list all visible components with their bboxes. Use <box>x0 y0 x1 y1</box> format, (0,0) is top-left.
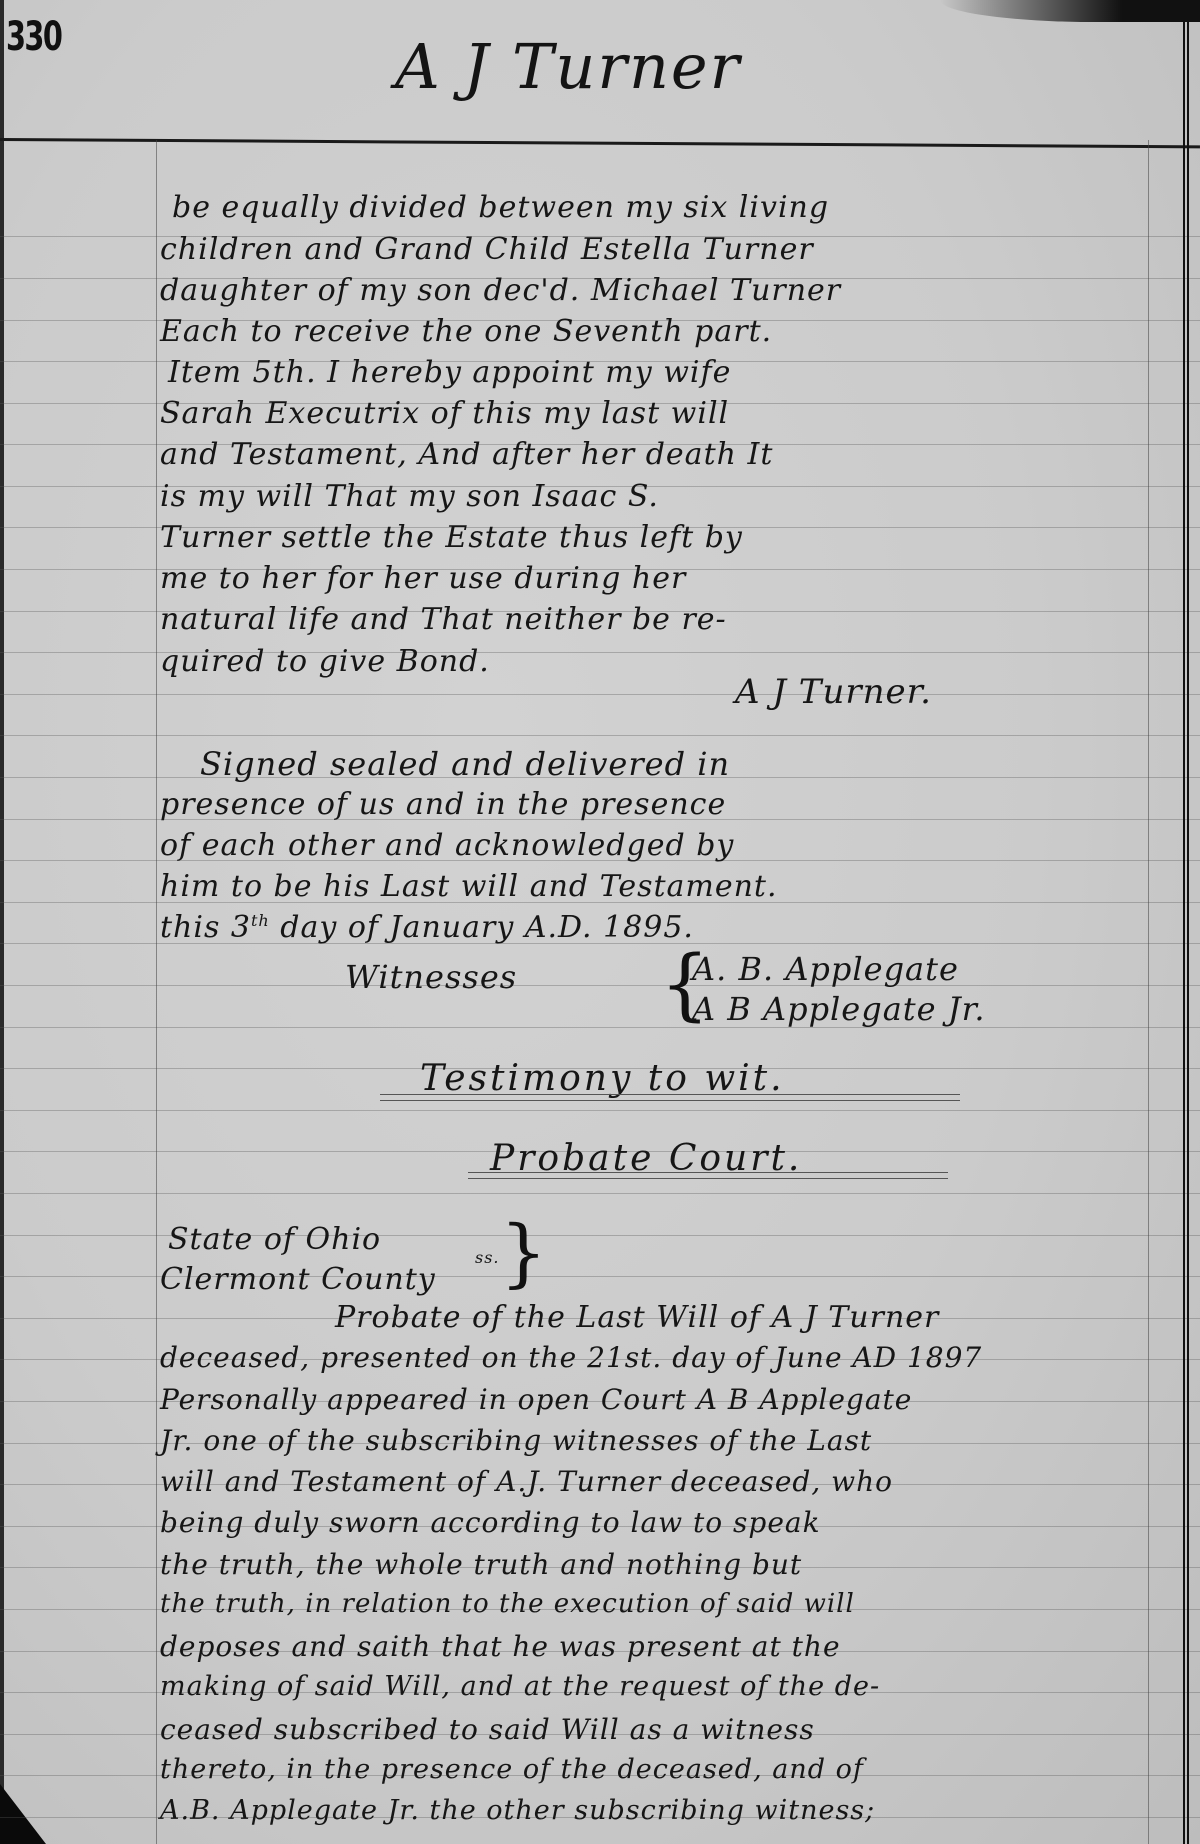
will-line: Sarah Executrix of this my last will <box>160 396 729 431</box>
page-corner-shadow <box>940 0 1200 22</box>
probate-line: deposes and saith that he was present at… <box>160 1630 841 1663</box>
venue-state: State of Ohio <box>168 1222 381 1257</box>
will-line: Item 5th. I hereby appoint my wife <box>168 355 731 390</box>
page-number: 330 <box>6 14 61 60</box>
will-line: me to her for her use during her <box>160 561 686 596</box>
binding-rule <box>1183 16 1189 1844</box>
probate-line: thereto, in the presence of the deceased… <box>160 1754 864 1785</box>
probate-line: making of said Will, and at the request … <box>160 1671 880 1702</box>
testator-signature: A J Turner. <box>735 672 932 712</box>
will-line: Turner settle the Estate thus left by <box>160 520 743 555</box>
witness-signature: A B Applegate Jr. <box>692 990 986 1028</box>
attestation-date-line: this 3th day of January A.D. 1895. <box>160 910 694 945</box>
ruled-line <box>0 694 1200 695</box>
probate-line: ceased subscribed to said Will as a witn… <box>160 1713 815 1746</box>
probate-line: will and Testament of A.J. Turner deceas… <box>160 1465 893 1498</box>
ruled-line <box>0 1027 1200 1028</box>
ruled-line <box>0 1110 1200 1111</box>
page-fold-shadow <box>0 1784 46 1844</box>
will-line: Each to receive the one Seventh part. <box>160 314 772 349</box>
probate-line: Probate of the Last Will of A J Turner <box>335 1300 939 1335</box>
will-line: daughter of my son dec'd. Michael Turner <box>160 273 841 308</box>
heading-underline <box>468 1172 948 1179</box>
will-line: quired to give Bond. <box>160 644 490 679</box>
testimony-heading: Testimony to wit. <box>420 1058 785 1099</box>
date-suffix: day of January A.D. 1895. <box>280 910 694 945</box>
probate-line: A.B. Applegate Jr. the other subscribing… <box>160 1795 875 1826</box>
venue-brace: } <box>500 1216 547 1290</box>
witnesses-label: Witnesses <box>345 958 517 996</box>
attestation-line: him to be his Last will and Testament. <box>160 869 778 904</box>
page-header-name: A J Turner <box>395 30 741 103</box>
ruled-line <box>0 735 1200 736</box>
will-line: is my will That my son Isaac S. <box>160 479 659 514</box>
probate-line: Jr. one of the subscribing witnesses of … <box>160 1424 872 1457</box>
probate-line: being duly sworn according to law to spe… <box>160 1506 821 1539</box>
left-margin-rule <box>156 140 157 1844</box>
ruled-line <box>0 1193 1200 1194</box>
probate-line: Personally appeared in open Court A B Ap… <box>160 1383 912 1416</box>
probate-line: the truth, in relation to the execution … <box>160 1589 855 1619</box>
date-ordinal: th <box>251 911 270 930</box>
will-line: be equally divided between my six living <box>172 190 829 225</box>
attestation-line: presence of us and in the presence <box>160 787 726 822</box>
header-rule <box>0 138 1200 148</box>
witness-signature: A. B. Applegate <box>692 950 959 988</box>
probate-line: deceased, presented on the 21st. day of … <box>160 1341 982 1374</box>
date-prefix: this 3 <box>160 910 251 945</box>
venue-county: Clermont County <box>160 1262 436 1297</box>
will-line: natural life and That neither be re- <box>160 602 727 637</box>
attestation-line: Signed sealed and delivered in <box>200 745 730 783</box>
right-margin-rule <box>1148 140 1149 1844</box>
will-line: and Testament, And after her death It <box>160 437 773 472</box>
heading-underline <box>380 1094 960 1101</box>
will-line: children and Grand Child Estella Turner <box>160 232 814 267</box>
venue-ss: ss. <box>475 1248 500 1267</box>
ledger-page: 330 A J Turner be equally divided betwee… <box>0 0 1200 1844</box>
attestation-line: of each other and acknowledged by <box>160 828 734 863</box>
ruled-line <box>0 985 1200 986</box>
probate-line: the truth, the whole truth and nothing b… <box>160 1548 802 1581</box>
